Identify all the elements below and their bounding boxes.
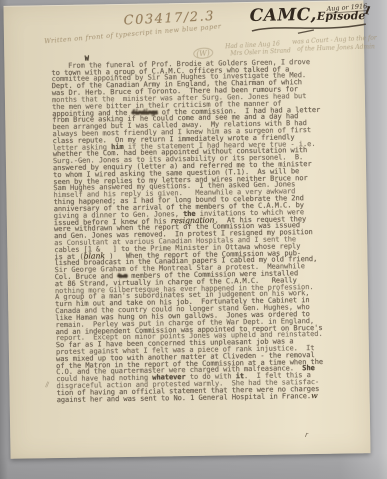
overwritten-word: two bbox=[117, 271, 127, 280]
scanned-document-view: C03417/2.3 CAMC,Episode Aug or 1916 1 Wr… bbox=[0, 0, 387, 479]
handwritten-insert: w bbox=[311, 391, 318, 400]
paper-sheet: C03417/2.3 CAMC,Episode Aug or 1916 1 Wr… bbox=[3, 0, 370, 459]
overwritten-word: him bbox=[111, 142, 124, 151]
stray-ink-mark: r bbox=[305, 430, 309, 439]
page-number: 1 bbox=[362, 4, 372, 18]
typescript-body: W From the funeral of Prof. Brodie at Go… bbox=[51, 52, 348, 404]
overwritten-word: the bbox=[183, 209, 196, 218]
overwritten-word: findings bbox=[131, 107, 157, 116]
underline-flourish-icon bbox=[250, 21, 368, 35]
handwritten-title: CAMC,Episode Aug or 1916 1 bbox=[249, 4, 369, 26]
margin-pencil-slashes: // bbox=[45, 380, 49, 389]
typescript-line: against her and was sent to No. 1 Genera… bbox=[57, 392, 349, 403]
